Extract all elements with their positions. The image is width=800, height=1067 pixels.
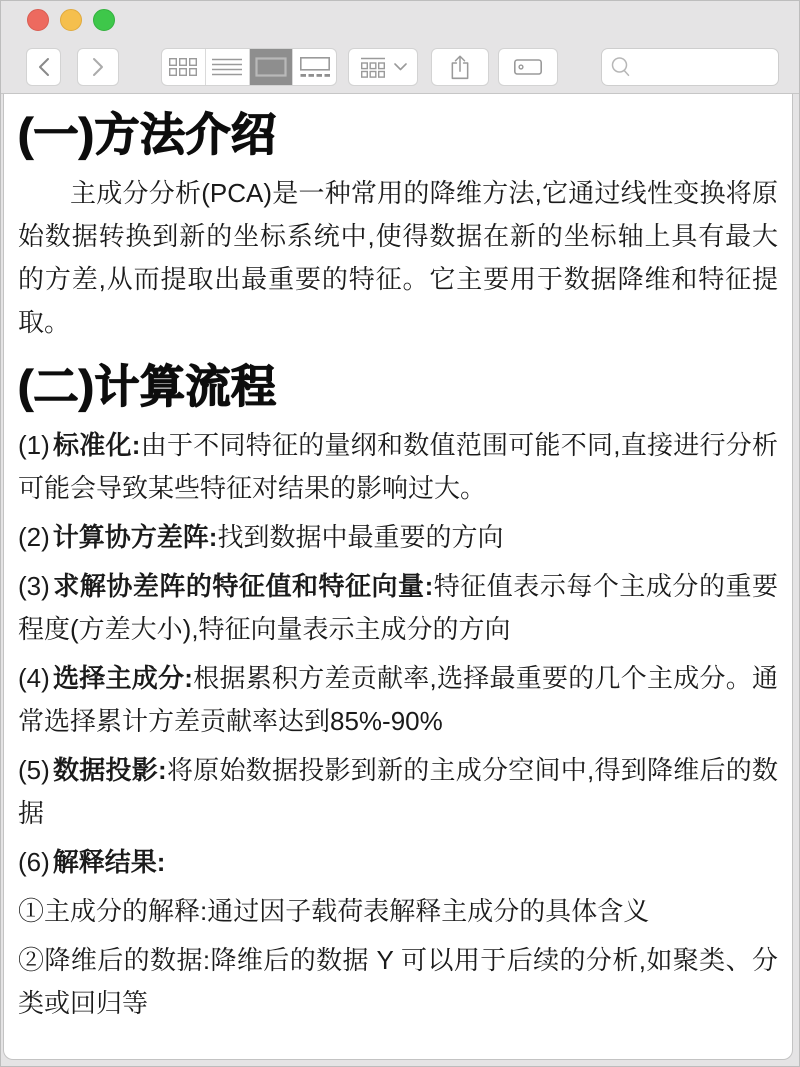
step-item-6: (6)解释结果: (18, 841, 778, 884)
titlebar (1, 1, 799, 41)
step-item-2: (2)计算协方差阵:找到数据中最重要的方向 (18, 516, 778, 559)
gallery-view-icon (299, 56, 331, 78)
share-button[interactable] (431, 48, 489, 86)
search-input[interactable] (637, 57, 770, 77)
step-number: (4) (18, 663, 50, 693)
sub-item-2: ②降维后的数据:降维后的数据 Y 可以用于后续的分析,如聚类、分类或回归等 (18, 939, 778, 1025)
step-number: (2) (18, 522, 50, 552)
tag-icon (513, 57, 543, 77)
icon-view-icon (168, 57, 198, 77)
step-item-1: (1)标准化:由于不同特征的量纲和数值范围可能不同,直接进行分析可能会导致某些特… (18, 424, 778, 510)
search-icon (610, 56, 632, 78)
step-text: 找到数据中最重要的方向 (217, 522, 503, 552)
chevron-left-icon (38, 57, 50, 77)
step-number: (1) (18, 430, 50, 460)
step-label: 选择主成分: (53, 663, 193, 693)
icon-view-button[interactable] (162, 49, 206, 85)
intro-paragraph: 主成分分析(PCA)是一种常用的降维方法,它通过线性变换将原始数据转换到新的坐标… (18, 172, 778, 344)
document-page: (一)方法介绍 主成分分析(PCA)是一种常用的降维方法,它通过线性变换将原始数… (3, 94, 793, 1060)
column-view-icon (255, 57, 287, 77)
gallery-view-button[interactable] (293, 49, 336, 85)
tag-button[interactable] (498, 48, 558, 86)
step-number: (6) (18, 847, 50, 877)
share-icon (449, 54, 471, 81)
section2-title: (二)计算流程 (18, 362, 778, 412)
forward-button[interactable] (77, 48, 119, 86)
step-label: 求解协差阵的特征值和特征向量: (53, 571, 433, 601)
finder-preview-window: (一)方法介绍 主成分分析(PCA)是一种常用的降维方法,它通过线性变换将原始数… (0, 0, 800, 1067)
step-number: (5) (18, 755, 50, 785)
step-label: 数据投影: (53, 755, 167, 785)
step-label: 计算协方差阵: (53, 522, 218, 552)
list-view-button[interactable] (206, 49, 250, 85)
list-view-icon (212, 58, 242, 76)
search-field[interactable] (601, 48, 779, 86)
sub-item-1: ①主成分的解释:通过因子载荷表解释主成分的具体含义 (18, 890, 778, 933)
close-button[interactable] (27, 9, 49, 31)
back-button[interactable] (26, 48, 61, 86)
step-label: 标准化: (53, 430, 141, 460)
group-button[interactable] (348, 48, 418, 86)
minimize-button[interactable] (60, 9, 82, 31)
group-by-icon (359, 57, 387, 78)
chevron-down-icon (394, 63, 407, 71)
step-item-4: (4)选择主成分:根据累积方差贡献率,选择最重要的几个主成分。通常选择累计方差贡… (18, 657, 778, 743)
step-label: 解释结果: (53, 847, 166, 877)
section1-title: (一)方法介绍 (18, 110, 778, 160)
column-view-button[interactable] (250, 49, 294, 85)
step-item-3: (3)求解协差阵的特征值和特征向量:特征值表示每个主成分的重要程度(方差大小),… (18, 565, 778, 651)
step-number: (3) (18, 571, 50, 601)
step-item-5: (5)数据投影:将原始数据投影到新的主成分空间中,得到降维后的数据 (18, 749, 778, 835)
fullscreen-button[interactable] (93, 9, 115, 31)
view-mode-segmented-control (161, 48, 337, 86)
chevron-right-icon (92, 57, 104, 77)
